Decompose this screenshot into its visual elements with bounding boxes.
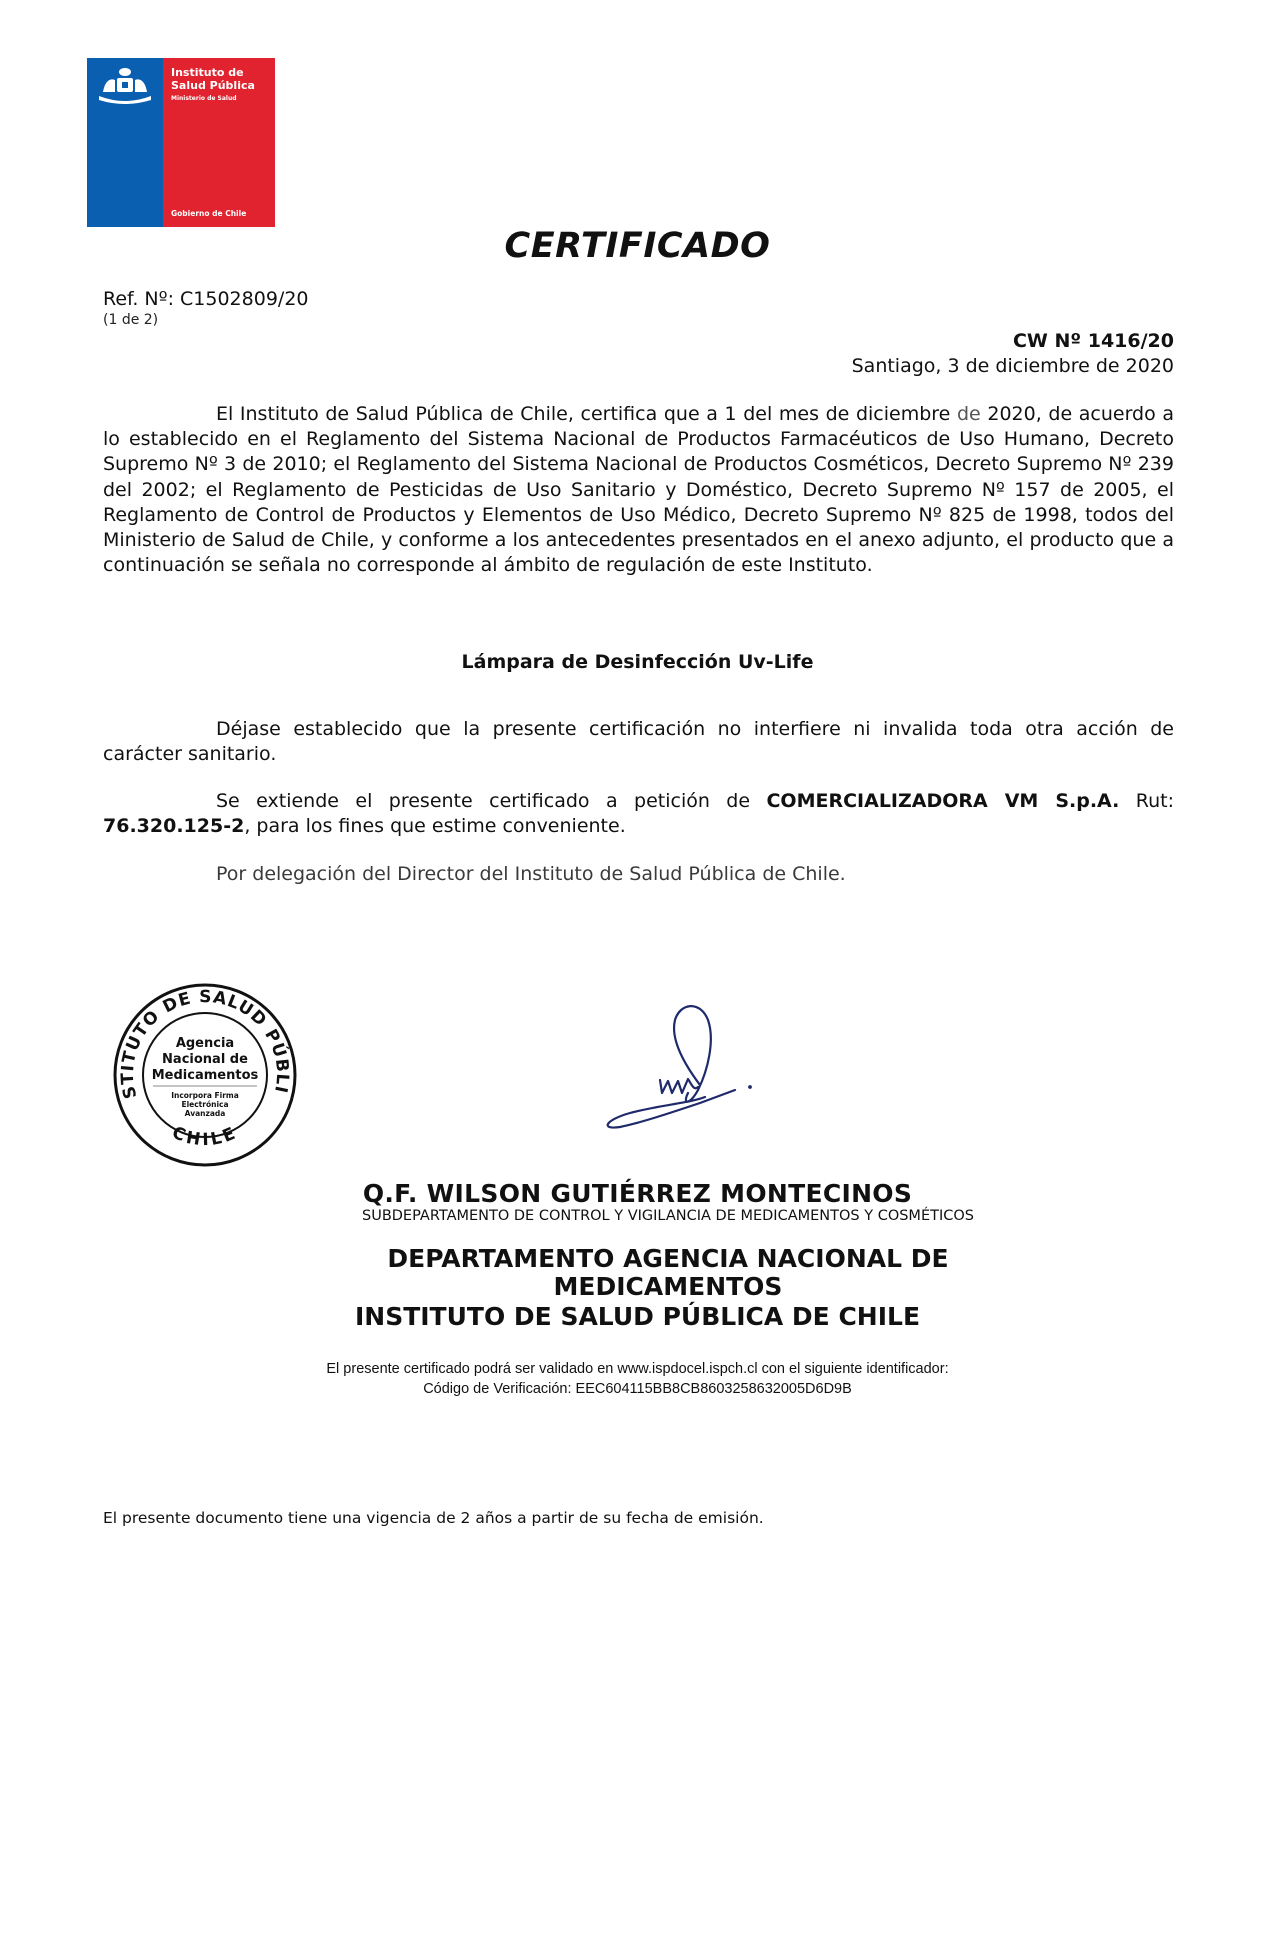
coat-of-arms-icon [97, 66, 153, 106]
logo-line-1: Instituto de [171, 66, 255, 79]
sanitary-note-paragraph: Déjase establecido que la presente certi… [103, 717, 1174, 767]
logo-ministry: Ministerio de Salud [171, 95, 237, 102]
validity-note: El presente documento tiene una vigencia… [103, 1509, 764, 1527]
company-rut: 76.320.125-2 [103, 815, 244, 837]
validation-info: El presente certificado podrá ser valida… [0, 1359, 1275, 1399]
signatory-name: Q.F. WILSON GUTIÉRREZ MONTECINOS [0, 1179, 1275, 1208]
logo-line-2: Salud Pública [171, 79, 255, 92]
paragraph-text: El Instituto de Salud Pública de Chile, … [216, 403, 957, 425]
stamp-outer-bottom-text: CHILE [169, 1123, 241, 1151]
paragraph-text: de [957, 403, 981, 425]
stamp-center-line: Nacional de [162, 1052, 248, 1067]
official-stamp: INSTITUTO DE SALUD PÚBLICA CHILE Agencia… [111, 981, 299, 1169]
paragraph-text: Rut: [1119, 790, 1174, 812]
logo-institute-name: Instituto de Salud Pública [171, 66, 255, 92]
certificate-number: CW Nº 1416/20 [1013, 330, 1174, 352]
svg-text:CHILE: CHILE [169, 1123, 241, 1151]
document-title: CERTIFICADO [0, 226, 1275, 266]
page-indicator: (1 de 2) [103, 312, 158, 328]
certification-paragraph: El Instituto de Salud Pública de Chile, … [103, 402, 1174, 578]
logo-government: Gobierno de Chile [171, 209, 246, 218]
verification-code: Código de Verificación: EEC604115BB8CB86… [0, 1379, 1275, 1399]
paragraph-text: , para los fines que estime conveniente. [244, 815, 625, 837]
stamp-sub-line: Electrónica [181, 1100, 228, 1109]
stamp-sub-line: Avanzada [185, 1109, 226, 1118]
stamp-center-line: Medicamentos [152, 1068, 259, 1083]
handwritten-signature [590, 995, 780, 1145]
paragraph-text: Déjase establecido que la presente certi… [103, 718, 1174, 765]
signatory-institute: INSTITUTO DE SALUD PÚBLICA DE CHILE [0, 1302, 1275, 1331]
reference-number: Ref. Nº: C1502809/20 [103, 288, 309, 310]
paragraph-text: 2020, de acuerdo a lo establecido en el … [103, 403, 1174, 576]
stamp-center-line: Agencia [176, 1036, 234, 1051]
place-date: Santiago, 3 de diciembre de 2020 [852, 355, 1174, 377]
signatory-subdepartment: SUBDEPARTAMENTO DE CONTROL Y VIGILANCIA … [348, 1207, 988, 1225]
company-name: COMERCIALIZADORA VM S.p.A. [766, 790, 1119, 812]
paragraph-text: Por delegación del Director del Institut… [216, 863, 846, 885]
product-name: Lámpara de Desinfección Uv-Life [0, 651, 1275, 673]
signatory-department: DEPARTAMENTO AGENCIA NACIONAL DE MEDICAM… [358, 1245, 978, 1301]
paragraph-text: Se extiende el presente certificado a pe… [216, 790, 766, 812]
request-paragraph: Se extiende el presente certificado a pe… [103, 789, 1174, 839]
institute-logo: Instituto de Salud Pública Ministerio de… [87, 58, 275, 227]
logo-blue-panel [87, 58, 163, 227]
logo-red-panel: Instituto de Salud Pública Ministerio de… [163, 58, 275, 227]
delegation-paragraph: Por delegación del Director del Institut… [103, 862, 1174, 887]
stamp-sub-line: Incorpora Firma [171, 1091, 239, 1100]
validation-url-text: El presente certificado podrá ser valida… [0, 1359, 1275, 1379]
